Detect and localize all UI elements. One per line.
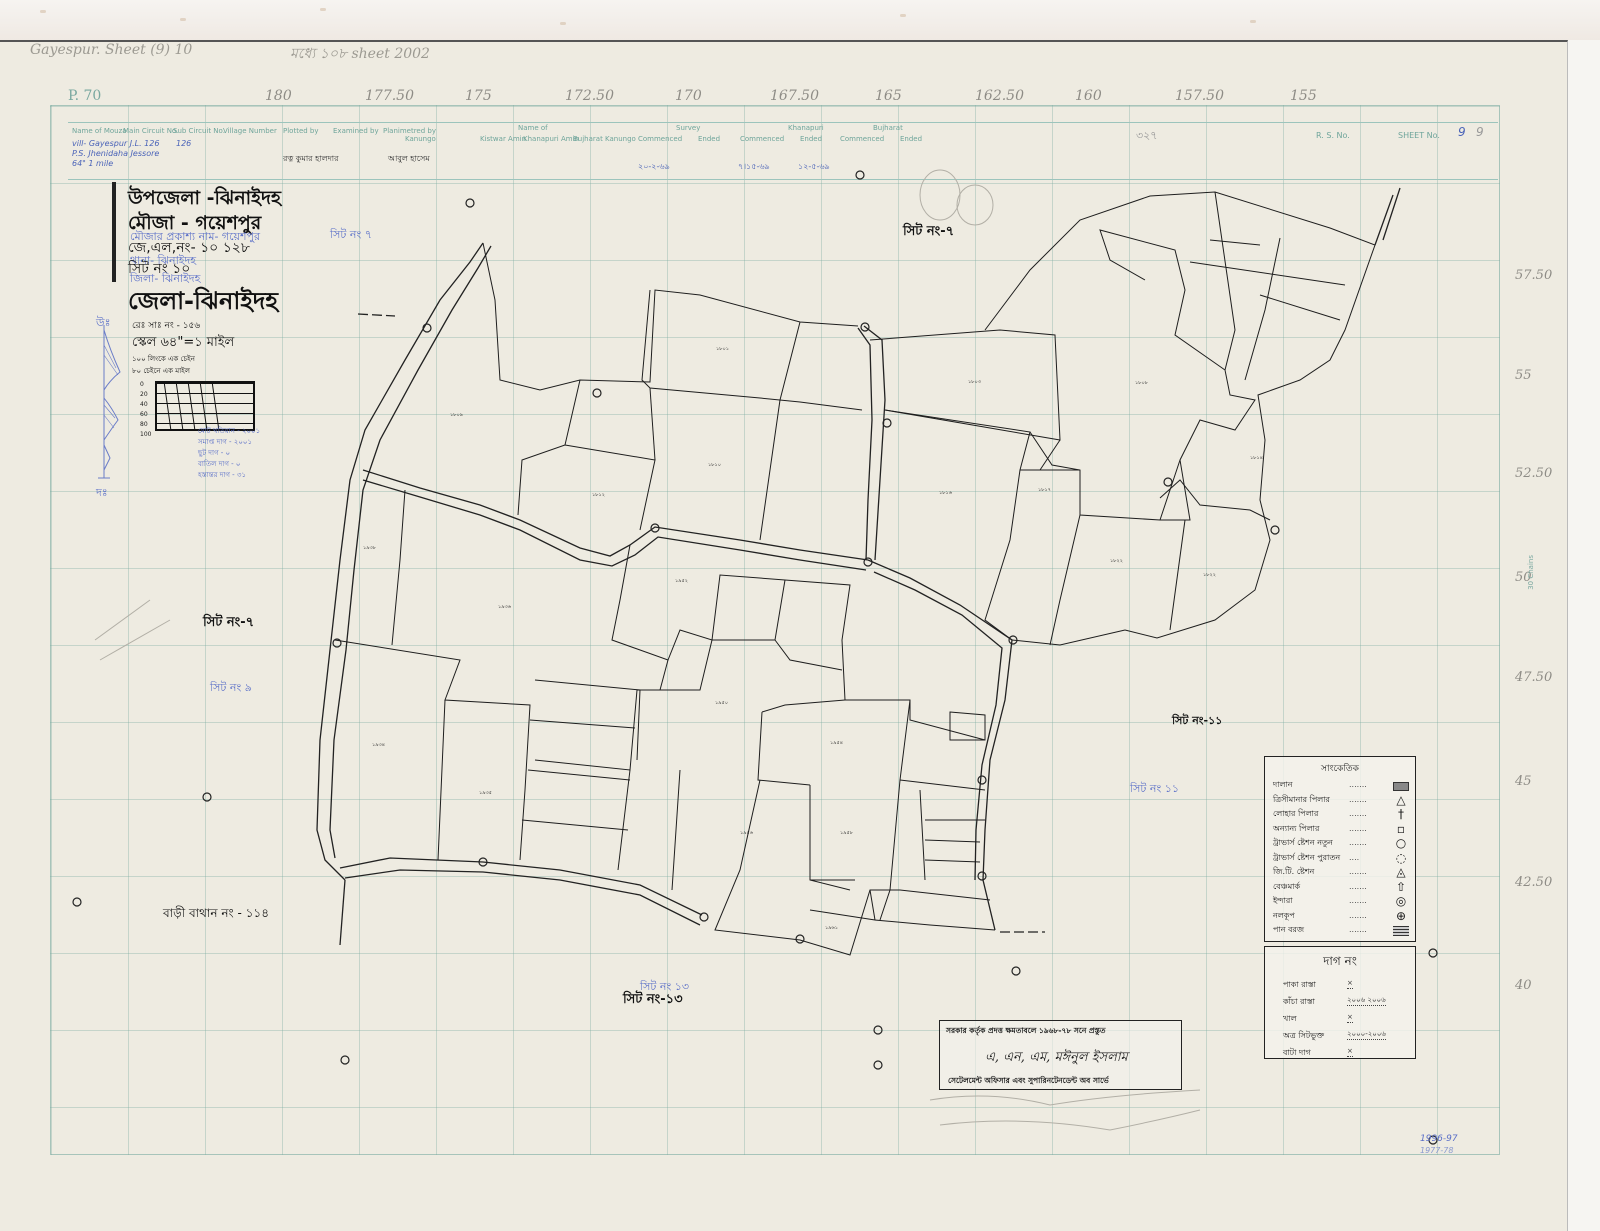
footer-year-2: 1977-78 bbox=[1420, 1146, 1453, 1155]
gt-station-icon: ◬ bbox=[1393, 866, 1409, 879]
betel-garden-icon bbox=[1393, 926, 1409, 936]
dag-legend-item: পাকা রাস্তা× bbox=[1265, 976, 1415, 993]
sheet-label-west: সিট নং-৭ bbox=[203, 613, 254, 634]
right-scale-label: 30 Chains bbox=[1527, 555, 1535, 590]
square-pillar-icon: ▫ bbox=[1393, 823, 1409, 836]
well-icon: ◎ bbox=[1393, 895, 1409, 908]
sheet-label-east: সিট নং-১১ bbox=[1172, 712, 1222, 731]
legend-item: জি.টি. ষ্টেশন.......◬ bbox=[1265, 865, 1415, 880]
certification-box: সরকার কর্তৃক প্রদত্ত ক্ষমতাবলে ১৯৬৮-৭৮ স… bbox=[939, 1020, 1182, 1090]
boundary-stub-lines bbox=[358, 188, 1400, 932]
plot-number-legend: দাগ নং পাকা রাস্তা× কাঁচা রাস্তা২০০৬ ২০০… bbox=[1264, 946, 1416, 1059]
benchmark-arrow-icon: ⇧ bbox=[1393, 881, 1409, 894]
legend-item: ইন্দারা.......◎ bbox=[1265, 894, 1415, 909]
tubewell-icon: ⊕ bbox=[1393, 910, 1409, 923]
dag-legend-title: দাগ নং bbox=[1265, 953, 1415, 973]
dag-legend-item: বাটা দাগ× bbox=[1265, 1044, 1415, 1061]
sheet-label-north: সিট নং-৭ bbox=[903, 222, 954, 243]
legend-item: ট্রাভার্স ষ্টেশন নতুন.......○ bbox=[1265, 836, 1415, 851]
officer-title: সেটেলমেন্ট অফিসার এবং সুপারিনটেনডেন্ট অব… bbox=[948, 1076, 1109, 1088]
legend-item: দালান....... bbox=[1265, 778, 1415, 793]
traverse-station-icons bbox=[73, 171, 1437, 1144]
legend-item: বেঞ্চমার্ক.......⇧ bbox=[1265, 880, 1415, 895]
legend-item: নলকূপ.......⊕ bbox=[1265, 909, 1415, 924]
dag-legend-item: খাল× bbox=[1265, 1010, 1415, 1027]
certification-line: সরকার কর্তৃক প্রদত্ত ক্ষমতাবলে ১৯৬৮-৭৮ স… bbox=[946, 1026, 1106, 1038]
legend-item: লোহার পিলার.......† bbox=[1265, 807, 1415, 822]
iron-pillar-icon: † bbox=[1393, 808, 1409, 821]
sheet-label-east-blue: সিট নং ১১ bbox=[1130, 780, 1179, 799]
triangle-pillar-icon: △ bbox=[1393, 794, 1409, 807]
legend-item: ট্রাভার্স ষ্টেশন পুরাতন....◌ bbox=[1265, 851, 1415, 866]
symbol-legend: সাংকেতিক দালান....... ত্রিসীমানার পিলার.… bbox=[1264, 756, 1416, 942]
new-traverse-station-icon: ○ bbox=[1393, 837, 1409, 850]
footer-year: 1996-97 bbox=[1420, 1134, 1458, 1144]
building-icon bbox=[1393, 782, 1409, 791]
sheet-label-south-blue: সিট নং ১৩ bbox=[640, 978, 689, 997]
legend-title: সাংকেতিক bbox=[1265, 761, 1415, 776]
officer-signature: এ, এন, এম, মঈনুল ইসলাম bbox=[985, 1048, 1128, 1069]
bari-bathan-note: বাড়ী বাথান নং - ১১৪ bbox=[163, 905, 269, 925]
road-network bbox=[317, 243, 1012, 945]
dag-legend-item: অত্র সিটভুক্ত২০০০-২০০৬ bbox=[1265, 1027, 1415, 1044]
sheet-label-west-blue: সিট নং ৯ bbox=[210, 679, 252, 698]
legend-item: অন্যান্য পিলার.......▫ bbox=[1265, 822, 1415, 837]
north-arrow-icon bbox=[98, 325, 120, 478]
plot-boundaries bbox=[335, 192, 1375, 955]
legend-item: ত্রিসীমানার পিলার.......△ bbox=[1265, 793, 1415, 808]
legend-item: পান বরজ....... bbox=[1265, 923, 1415, 938]
old-traverse-station-icon: ◌ bbox=[1393, 852, 1409, 865]
dag-legend-item: কাঁচা রাস্তা২০০৬ ২০০৬ bbox=[1265, 993, 1415, 1010]
